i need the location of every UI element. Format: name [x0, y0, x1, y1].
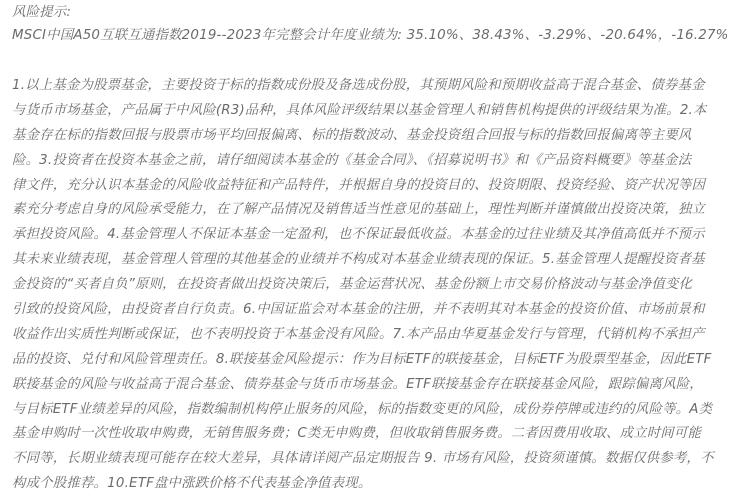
- body-line: 不同等，长期业绩表现可能存在较大差异，具体请详阅产品定期报告 9. 市场有风险，…: [12, 447, 723, 472]
- body-line: 基金申购时一次性收取申购费，无销售服务费；C类无申购费，但收取销售服务费。二者因…: [12, 422, 723, 447]
- body-line: 引致的投资风险，由投资者自行负责。6.中国证监会对本基金的注册，并不表明其对本基…: [12, 298, 723, 323]
- index-annual-performance: MSCI中国A50互联互通指数2019--2023年完整会计年度业绩为: 35.…: [12, 24, 723, 48]
- body-line: 构成个股推荐。10.ETF盘中涨跌价格不代表基金净值表现。: [12, 472, 723, 497]
- risk-disclosure-body: 1.以上基金为股票基金，主要投资于标的指数成份股及备选成份股，其预期风险和预期收…: [12, 74, 723, 497]
- body-line: 基金存在标的指数回报与股票市场平均回报偏离、标的指数波动、基金投资组合回报与标的…: [12, 124, 723, 149]
- body-line: 联接基金的风险与收益高于混合基金、债券基金与货币市场基金。ETF联接基金存在联接…: [12, 373, 723, 398]
- body-line: 素充分考虑自身的风险承受能力，在了解产品情况及销售适当性意见的基础上，理性判断并…: [12, 198, 723, 223]
- body-line: 与目标ETF业绩差异的风险，指数编制机构停止服务的风险，标的指数变更的风险，成份…: [12, 398, 723, 423]
- body-line: 律文件，充分认识本基金的风险收益特征和产品特件，并根据自身的投资目的、投资期限、…: [12, 174, 723, 199]
- body-line: 金投资的“买者自负”原则，在投资者做出投资决策后，基金运营状况、基金份额上市交易…: [12, 273, 723, 298]
- paragraph-spacer: [12, 48, 723, 74]
- body-line: 1.以上基金为股票基金，主要投资于标的指数成份股及备选成份股，其预期风险和预期收…: [12, 74, 723, 99]
- body-line: 其未来业绩表现，基金管理人管理的其他基金的业绩并不构成对本基金业绩表现的保证。5…: [12, 248, 723, 273]
- body-line: 承担投资风险。4.基金管理人不保证本基金一定盈利，也不保证最低收益。本基金的过往…: [12, 223, 723, 248]
- body-line: 收益作出实质性判断或保证，也不表明投资于本基金没有风险。7.本产品由华夏基金发行…: [12, 323, 723, 348]
- risk-notice-heading: 风险提示:: [12, 2, 723, 24]
- body-line: 品的投资、兑付和风险管理责任。8.联接基金风险提示：作为目标ETF的联接基金，目…: [12, 348, 723, 373]
- body-line: 险。3.投资者在投资本基金之前，请仔细阅读本基金的《基金合同》、《招募说明书》和…: [12, 149, 723, 174]
- risk-disclosure-page: 风险提示: MSCI中国A50互联互通指数2019--2023年完整会计年度业绩…: [0, 0, 729, 500]
- body-line: 与货币市场基金，产品属于中风险(R3)品种，具体风险评级结果以基金管理人和销售机…: [12, 99, 723, 124]
